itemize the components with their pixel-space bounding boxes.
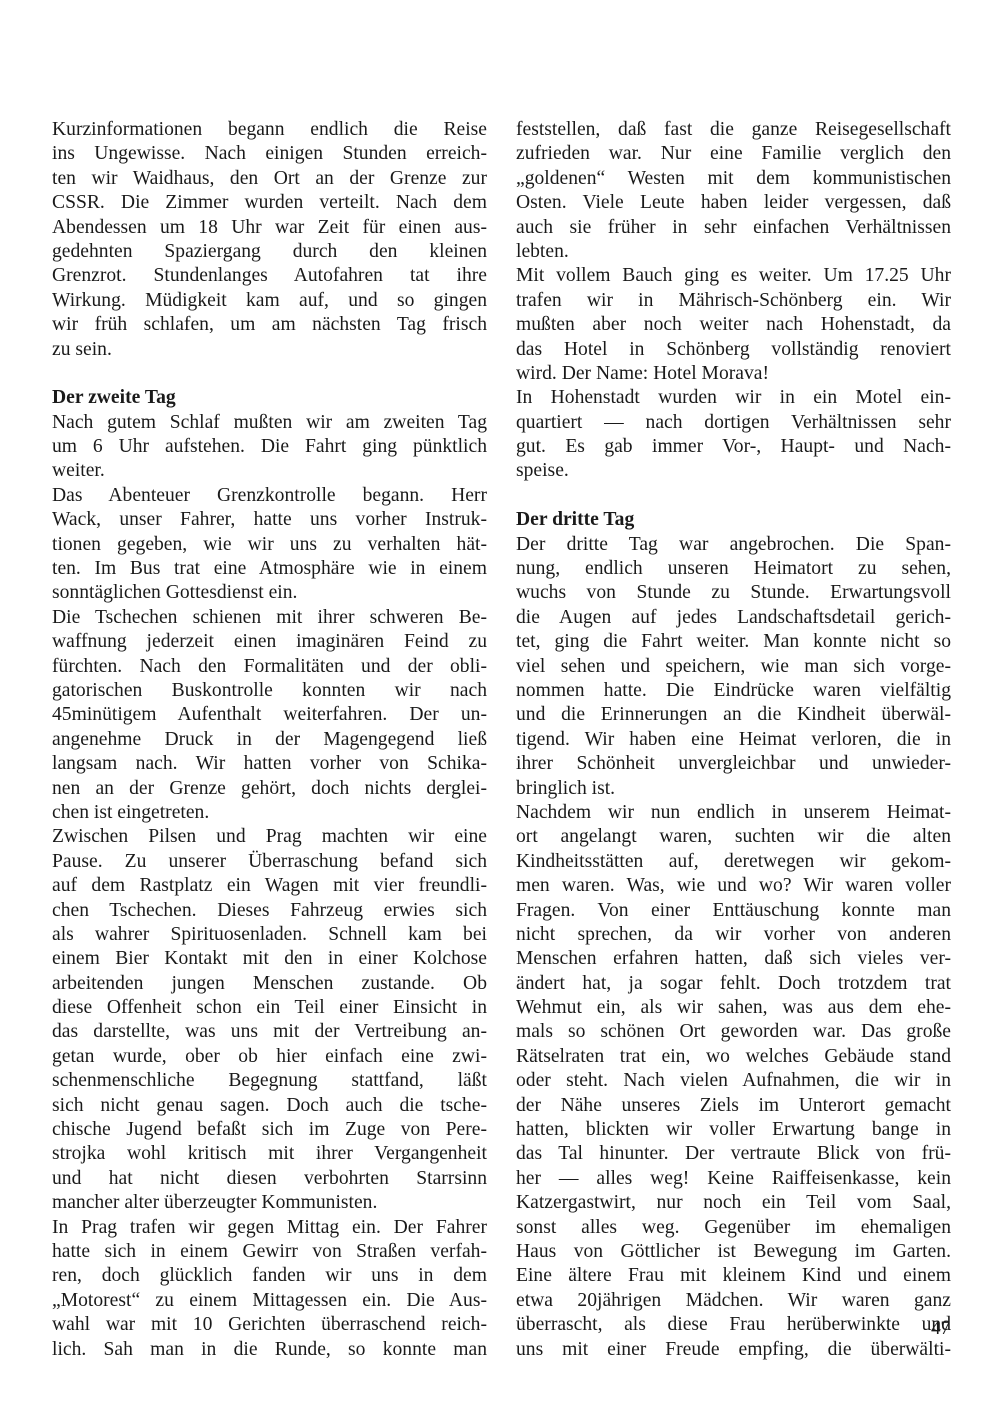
text-line: lebten. (516, 240, 951, 264)
text-line: Katzergastwirt, nur noch ein Teil vom Sa… (516, 1191, 951, 1215)
text-line: sich nicht genau sagen. Doch auch die ts… (52, 1094, 487, 1118)
text-line: In Prag trafen wir gegen Mittag ein. Der… (52, 1216, 487, 1240)
text-line: uns mit einer Freude empfing, die überwä… (516, 1338, 951, 1362)
section-heading: Der dritte Tag (516, 508, 951, 532)
text-line: hatten, blickten wir voller Erwartung ba… (516, 1118, 951, 1142)
text-line: In Hohenstadt wurden wir in ein Motel ei… (516, 386, 951, 410)
text-line: etwa 20jährigen Mädchen. Wir waren ganz (516, 1289, 951, 1313)
text-line: Zwischen Pilsen und Prag machten wir ein… (52, 825, 487, 849)
text-line: fürchten. Nach den Formalitäten und der … (52, 655, 487, 679)
text-line: speise. (516, 459, 951, 483)
paragraph: Kurzinformationen begann endlich die Rei… (52, 118, 487, 362)
text-line: ten wir Waidhaus, den Ort an der Grenze … (52, 167, 487, 191)
text-line: oder steht. Nach vielen Aufnahmen, die w… (516, 1069, 951, 1093)
text-line: bringlich ist. (516, 777, 951, 801)
section-heading: Der zweite Tag (52, 386, 487, 410)
text-line: Das Abenteuer Grenzkontrolle begann. Her… (52, 484, 487, 508)
text-line: Der dritte Tag war angebrochen. Die Span… (516, 533, 951, 557)
page-number: 47 (900, 1318, 950, 1340)
text-line: Grenzrot. Stundenlanges Autofahren tat i… (52, 264, 487, 288)
text-line: tionen gegeben, wie wir uns zu verhalten… (52, 533, 487, 557)
text-line: und hat nicht diesen verbohrten Starrsin… (52, 1167, 487, 1191)
text-line: ändert hat, ja sogar fehlt. Doch trotzde… (516, 972, 951, 996)
text-line: zufrieden war. Nur eine Familie verglich… (516, 142, 951, 166)
text-line: Haus von Göttlicher ist Bewegung im Gart… (516, 1240, 951, 1264)
text-line: Die Tschechen schienen mit ihrer schwere… (52, 606, 487, 630)
text-line: ins Ungewisse. Nach einigen Stunden erre… (52, 142, 487, 166)
paragraph: Zwischen Pilsen und Prag machten wir ein… (52, 825, 487, 1215)
text-line: „Motorest“ zu einem Mittagessen ein. Die… (52, 1289, 487, 1313)
paragraph: Nach gutem Schlaf mußten wir am zweiten … (52, 411, 487, 484)
text-line: Nach gutem Schlaf mußten wir am zweiten … (52, 411, 487, 435)
section-spacer (52, 362, 487, 386)
text-line: auf dem Rastplatz ein Wagen mit vier fre… (52, 874, 487, 898)
text-line: Wack, unser Fahrer, hatte uns vorher Ins… (52, 508, 487, 532)
text-line: nommen hatte. Die Eindrücke waren vielfä… (516, 679, 951, 703)
text-line: Kindheitsstätten auf, deretwegen wir gek… (516, 850, 951, 874)
text-line: nung, endlich unseren Heimatort zu sehen… (516, 557, 951, 581)
paragraph: Nachdem wir nun endlich in unserem Heima… (516, 801, 951, 1362)
paragraph: Das Abenteuer Grenzkontrolle begann. Her… (52, 484, 487, 606)
text-line: die Augen auf jedes Landschaftsdetail ge… (516, 606, 951, 630)
text-line: arbeitenden jungen Menschen zustande. Ob (52, 972, 487, 996)
text-line: Nachdem wir nun endlich in unserem Heima… (516, 801, 951, 825)
text-line: und die Erinnerungen an die Kindheit übe… (516, 703, 951, 727)
text-line: das Hotel in Schönberg vollständig renov… (516, 338, 951, 362)
text-line: tigend. Wir haben eine Heimat verloren, … (516, 728, 951, 752)
text-line: Menschen erfahren hatten, daß sich viele… (516, 947, 951, 971)
text-line: schenmenschliche Begegnung stattfand, lä… (52, 1069, 487, 1093)
text-line: viel sehen und speichern, wie man sich v… (516, 655, 951, 679)
text-line: hatte sich in einem Gewirr von Straßen v… (52, 1240, 487, 1264)
text-line: her — alles weg! Keine Raiffeisenkasse, … (516, 1167, 951, 1191)
text-line: wuchs von Stunde zu Stunde. Erwartungsvo… (516, 581, 951, 605)
text-line: mals so schönen Ort geworden war. Das gr… (516, 1020, 951, 1044)
text-line: das Tal hinunter. Der vertraute Blick vo… (516, 1142, 951, 1166)
text-line: 45minütigem Aufenthalt weiterfahren. Der… (52, 703, 487, 727)
text-line: angenehme Druck in der Magengegend ließ (52, 728, 487, 752)
text-line: Kurzinformationen begann endlich die Rei… (52, 118, 487, 142)
text-line: wird. Der Name: Hotel Morava! (516, 362, 951, 386)
paragraph: Die Tschechen schienen mit ihrer schwere… (52, 606, 487, 826)
text-line: langsam nach. Wir hatten vorher von Schi… (52, 752, 487, 776)
text-line: mußten aber noch weiter nach Hohenstadt,… (516, 313, 951, 337)
document-page: Kurzinformationen begann endlich die Rei… (0, 0, 1000, 1413)
text-line: zu sein. (52, 338, 487, 362)
text-line: chen ist eingetreten. (52, 801, 487, 825)
text-line: chen Tschechen. Dieses Fahrzeug erwies s… (52, 899, 487, 923)
left-column: Kurzinformationen begann endlich die Rei… (52, 118, 487, 1362)
text-line: Fragen. Von einer Enttäuschung konnte ma… (516, 899, 951, 923)
paragraph: Der dritte Tag war angebrochen. Die Span… (516, 533, 951, 801)
text-line: tet, ging die Fahrt weiter. Man konnte n… (516, 630, 951, 654)
paragraph: In Hohenstadt wurden wir in ein Motel ei… (516, 386, 951, 484)
text-line: lich. Sah man in die Runde, so konnte ma… (52, 1338, 487, 1362)
text-line: der Nähe unseres Ziels im Unterort gemac… (516, 1094, 951, 1118)
paragraph: In Prag trafen wir gegen Mittag ein. Der… (52, 1216, 487, 1362)
text-line: wir früh schlafen, um am nächsten Tag fr… (52, 313, 487, 337)
text-line: Mit vollem Bauch ging es weiter. Um 17.2… (516, 264, 951, 288)
text-line: Pause. Zu unserer Überraschung befand si… (52, 850, 487, 874)
text-line: nen an der Grenze gehört, doch nichts de… (52, 777, 487, 801)
text-line: als wahrer Spirituosenladen. Schnell kam… (52, 923, 487, 947)
text-line: ort angelangt waren, suchten wir die alt… (516, 825, 951, 849)
text-line: Eine ältere Frau mit kleinem Kind und ei… (516, 1264, 951, 1288)
text-line: Rätselraten trat ein, wo welches Gebäude… (516, 1045, 951, 1069)
text-line: um 6 Uhr aufstehen. Die Fahrt ging pünkt… (52, 435, 487, 459)
text-line: chische Jugend befaßt sich im Zuge von P… (52, 1118, 487, 1142)
text-line: „goldenen“ Westen mit dem kommunistische… (516, 167, 951, 191)
right-column: feststellen, daß fast die ganze Reiseges… (516, 118, 951, 1362)
section-spacer (516, 484, 951, 508)
text-line: waffnung jederzeit einen imaginären Fein… (52, 630, 487, 654)
text-line: CSSR. Die Zimmer wurden verteilt. Nach d… (52, 191, 487, 215)
text-line: getan wurde, ober ob hier einfach eine z… (52, 1045, 487, 1069)
text-line: trafen wir in Mährisch-Schönberg ein. Wi… (516, 289, 951, 313)
text-line: sonntäglichen Gottesdienst ein. (52, 581, 487, 605)
text-line: ten. Im Bus trat eine Atmosphäre wie in … (52, 557, 487, 581)
text-line: quartiert — nach dortigen Verhältnissen … (516, 411, 951, 435)
text-line: gatorischen Buskontrolle konnten wir nac… (52, 679, 487, 703)
text-line: men waren. Was, wie und wo? Wir waren vo… (516, 874, 951, 898)
text-line: auch sie früher in sehr einfachen Verhäl… (516, 216, 951, 240)
text-line: nicht sprechen, da wir vorher von andere… (516, 923, 951, 947)
text-line: wahl war mit 10 Gerichten überraschend r… (52, 1313, 487, 1337)
text-line: ihrer Schönheit unvergleichbar und unwie… (516, 752, 951, 776)
text-line: einem Bier Kontakt mit den in einer Kolc… (52, 947, 487, 971)
text-line: mancher alter überzeugter Kommunisten. (52, 1191, 487, 1215)
text-line: weiter. (52, 459, 487, 483)
text-line: überrascht, als diese Frau herüberwinkte… (516, 1313, 951, 1337)
paragraph: Mit vollem Bauch ging es weiter. Um 17.2… (516, 264, 951, 386)
text-line: feststellen, daß fast die ganze Reiseges… (516, 118, 951, 142)
text-line: sonst alles weg. Gegenüber im ehemaligen (516, 1216, 951, 1240)
text-line: strojka wohl kritisch mit ihrer Vergange… (52, 1142, 487, 1166)
text-line: gut. Es gab immer Vor-, Haupt- und Nach- (516, 435, 951, 459)
text-line: Wirkung. Müdigkeit kam auf, und so ginge… (52, 289, 487, 313)
paragraph: feststellen, daß fast die ganze Reiseges… (516, 118, 951, 264)
text-line: Wehmut ein, als wir sahen, was aus dem e… (516, 996, 951, 1020)
text-line: das darstellte, was uns mit der Vertreib… (52, 1020, 487, 1044)
text-line: gedehnten Spaziergang durch den kleinen (52, 240, 487, 264)
text-line: diese Offenheit schon ein Teil einer Ein… (52, 996, 487, 1020)
text-line: ren, doch glücklich fanden wir uns in de… (52, 1264, 487, 1288)
text-line: Osten. Viele Leute haben leider vergesse… (516, 191, 951, 215)
text-line: Abendessen um 18 Uhr war Zeit für einen … (52, 216, 487, 240)
